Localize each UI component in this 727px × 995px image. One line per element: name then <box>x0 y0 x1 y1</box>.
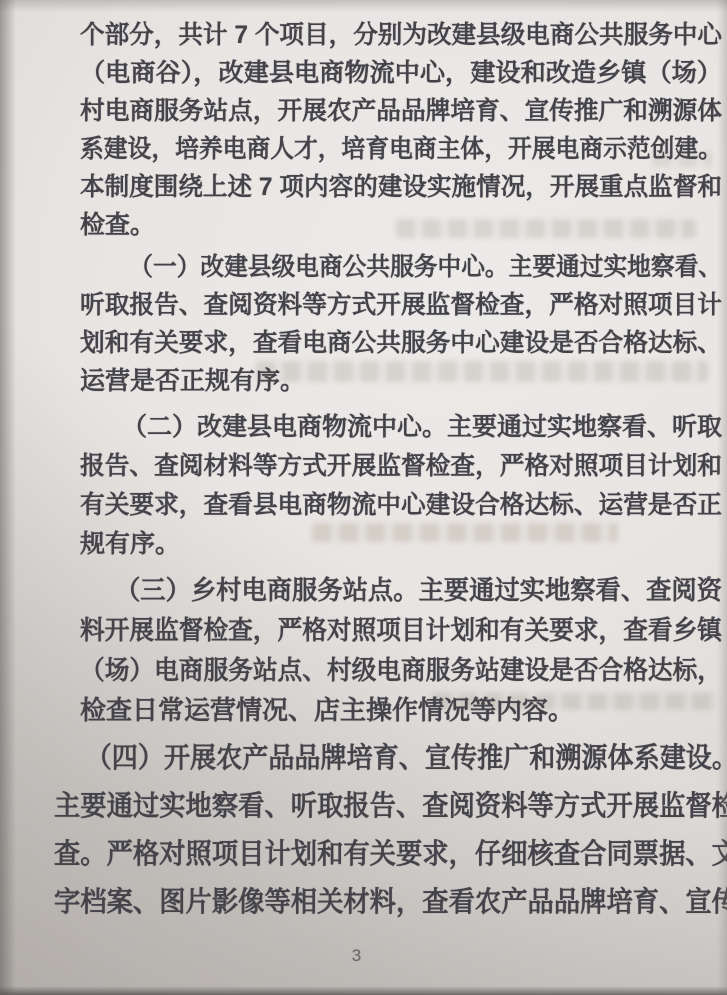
text-line: 本制度围绕上述 7 项内容的建设实施情况，开展重点监督和 <box>80 168 722 206</box>
text-line: （电商谷），改建县电商物流中心，建设和改造乡镇（场） <box>80 54 722 92</box>
text-line: 检查。 <box>80 206 722 244</box>
text-line: （二）改建县电商物流中心。主要通过实地察看、听取 <box>80 408 722 447</box>
paragraph-item-2: （二）改建县电商物流中心。主要通过实地察看、听取 报告、查阅材料等方式开展监督检… <box>80 408 722 564</box>
text-line: 主要通过实地察看、听取报告、查阅资料等方式开展监督检 <box>54 782 727 830</box>
text-line: 听取报告、查阅资料等方式开展监督检查，严格对照项目计 <box>80 286 722 324</box>
document-body-text: 个部分，共计 7 个项目，分别为改建县级电商公共服务中心 （电商谷），改建县电商… <box>80 16 722 926</box>
text-line: 划和有关要求，查看电商公共服务中心建设是否合格达标、 <box>80 324 722 362</box>
text-line: （三）乡村电商服务站点。主要通过实地察看、查阅资 <box>80 570 722 610</box>
text-line: 运营是否正规有序。 <box>80 362 722 400</box>
text-line: 查。严格对照项目计划和有关要求，仔细核查合同票据、文 <box>54 830 727 878</box>
text-line: 字档案、图片影像等相关材料，查看农产品品牌培育、宣传 <box>54 878 727 926</box>
document-page-photo: 个部分，共计 7 个项目，分别为改建县级电商公共服务中心 （电商谷），改建县电商… <box>0 0 727 995</box>
paragraph-intro: 个部分，共计 7 个项目，分别为改建县级电商公共服务中心 （电商谷），改建县电商… <box>80 16 722 244</box>
paragraph-item-3: （三）乡村电商服务站点。主要通过实地察看、查阅资 料开展监督检查，严格对照项目计… <box>80 570 722 730</box>
text-line: （四）开展农产品品牌培育、宣传推广和溯源体系建设。 <box>54 734 727 782</box>
text-line: 规有序。 <box>80 525 722 564</box>
paragraph-item-4: （四）开展农产品品牌培育、宣传推广和溯源体系建设。 主要通过实地察看、听取报告、… <box>54 734 727 926</box>
text-line: （一）改建县级电商公共服务中心。主要通过实地察看、 <box>80 248 722 286</box>
text-line: （场）电商服务站点、村级电商服务站建设是否合格达标， <box>80 650 722 690</box>
text-line: 报告、查阅材料等方式开展监督检查，严格对照项目计划和 <box>80 447 722 486</box>
text-line: 料开展监督检查，严格对照项目计划和有关要求，查看乡镇 <box>80 610 722 650</box>
page-number: 3 <box>0 946 713 966</box>
text-line: 个部分，共计 7 个项目，分别为改建县级电商公共服务中心 <box>80 16 722 54</box>
text-line: 有关要求，查看县电商物流中心建设合格达标、运营是否正 <box>80 486 722 525</box>
text-line: 村电商服务站点，开展农产品品牌培育、宣传推广和溯源体 <box>80 92 722 130</box>
text-line: 检查日常运营情况、店主操作情况等内容。 <box>80 690 722 730</box>
paragraph-item-1: （一）改建县级电商公共服务中心。主要通过实地察看、 听取报告、查阅资料等方式开展… <box>80 248 722 400</box>
text-line: 系建设，培养电商人才，培育电商主体，开展电商示范创建。 <box>80 130 722 168</box>
